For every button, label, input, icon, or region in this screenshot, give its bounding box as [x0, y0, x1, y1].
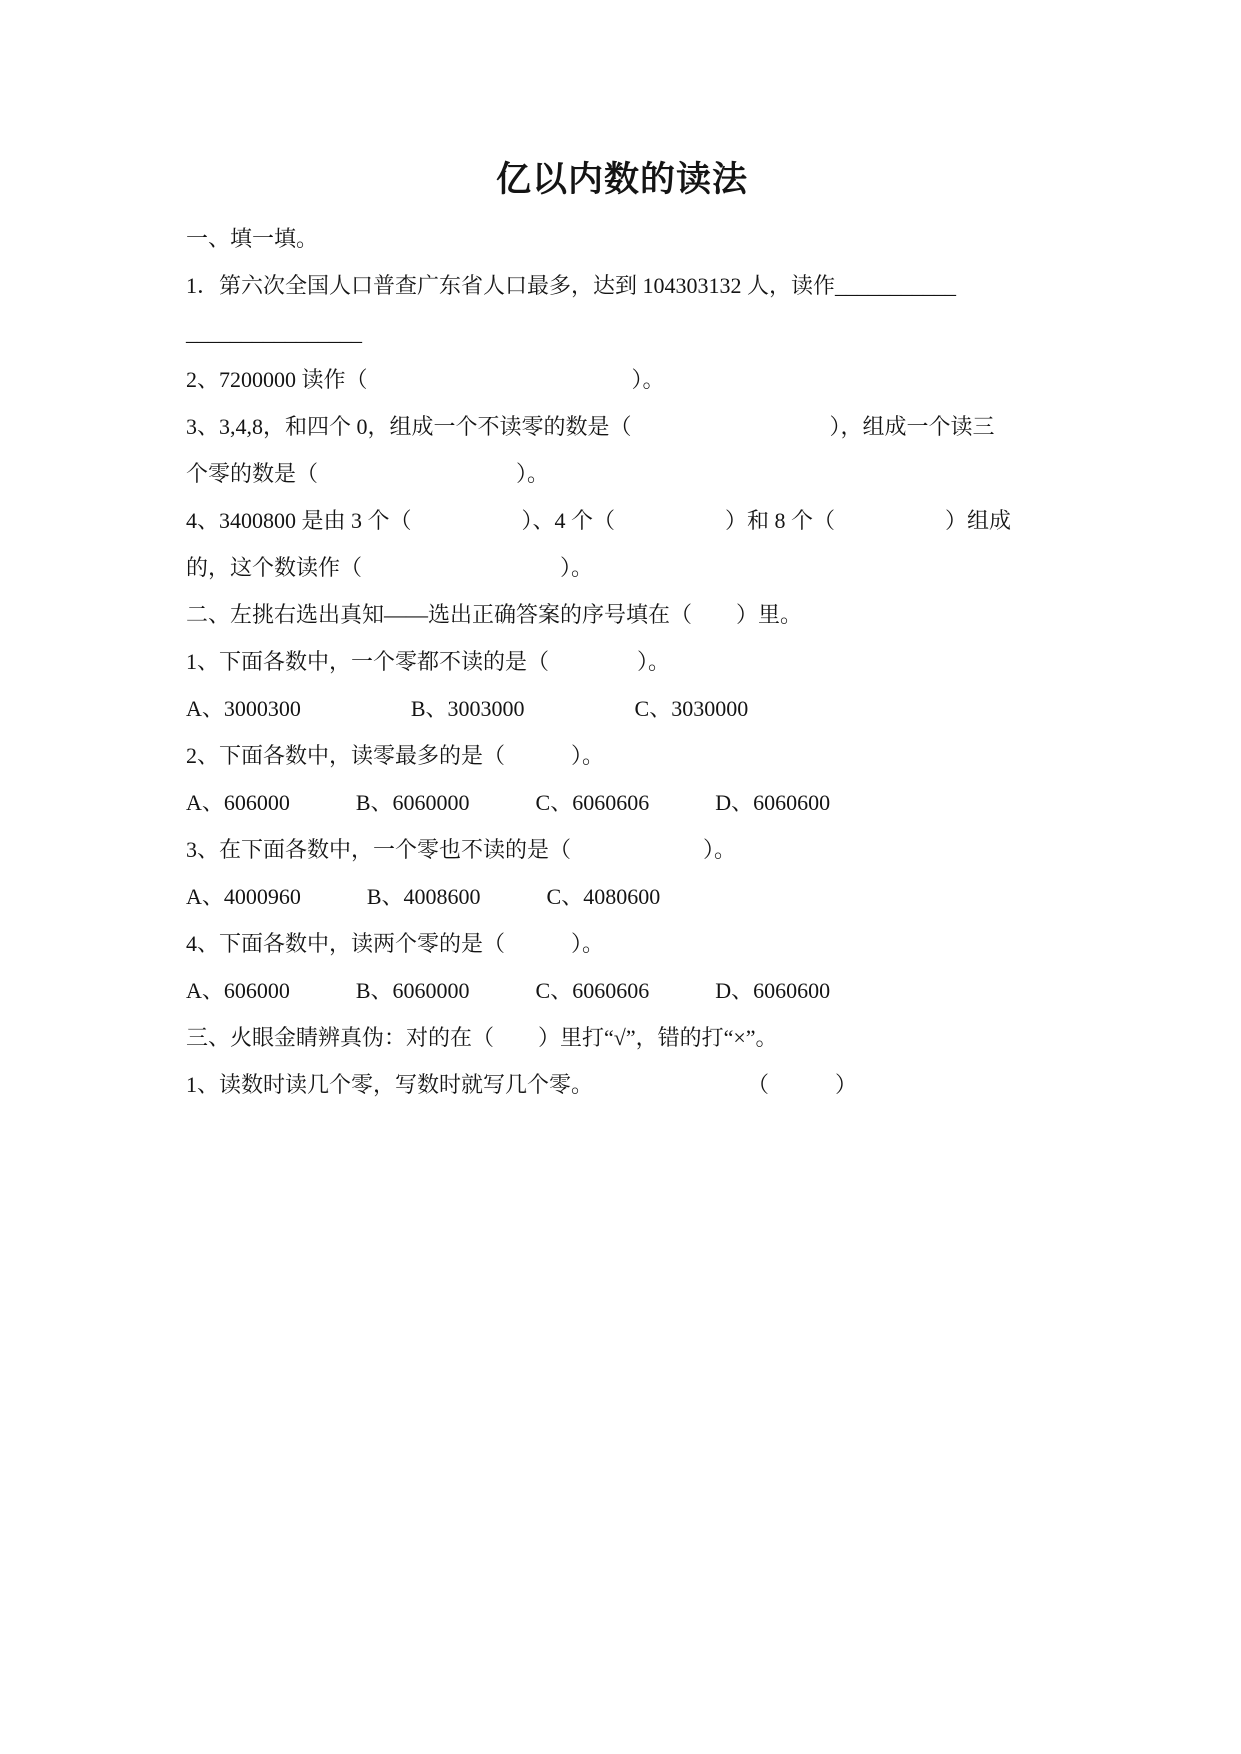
text-line: ________________ [186, 309, 1086, 356]
text-line: A、4000960 B、4008600 C、4080600 [186, 873, 1086, 920]
text-line: A、606000 B、6060000 C、6060606 D、6060600 [186, 779, 1086, 826]
text-line: A、3000300 B、3003000 C、3030000 [186, 685, 1086, 732]
worksheet-page: 亿以内数的读法 一、填一填。1．第六次全国人口普查广东省人口最多，达到 1043… [0, 0, 1241, 1754]
worksheet-body: 一、填一填。1．第六次全国人口普查广东省人口最多，达到 104303132 人，… [186, 215, 1086, 1108]
text-line: 2、下面各数中，读零最多的是（ ）。 [186, 732, 1086, 779]
text-line: 一、填一填。 [186, 215, 1086, 262]
text-line: 的，这个数读作（ ）。 [186, 544, 1086, 591]
text-line: 个零的数是（ ）。 [186, 450, 1086, 497]
text-line: 1．第六次全国人口普查广东省人口最多，达到 104303132 人，读作____… [186, 262, 1086, 309]
text-line: 4、3400800 是由 3 个（ ）、4 个（ ）和 8 个（ ）组成 [186, 497, 1086, 544]
text-line: 1、下面各数中，一个零都不读的是（ ）。 [186, 638, 1086, 685]
page-title: 亿以内数的读法 [186, 150, 1058, 210]
text-line: 二、左挑右选出真知——选出正确答案的序号填在（ ）里。 [186, 591, 1086, 638]
text-line: 2、7200000 读作（ ）。 [186, 356, 1086, 403]
text-line: 3、在下面各数中，一个零也不读的是（ ）。 [186, 826, 1086, 873]
text-line: 1、读数时读几个零，写数时就写几个零。 （ ） [186, 1061, 1086, 1108]
text-line: A、606000 B、6060000 C、6060606 D、6060600 [186, 967, 1086, 1014]
text-line: 3、3,4,8，和四个 0，组成一个不读零的数是（ ），组成一个读三 [186, 403, 1086, 450]
text-line: 三、火眼金睛辨真伪：对的在（ ）里打“√”，错的打“×”。 [186, 1014, 1086, 1061]
text-line: 4、下面各数中，读两个零的是（ ）。 [186, 920, 1086, 967]
